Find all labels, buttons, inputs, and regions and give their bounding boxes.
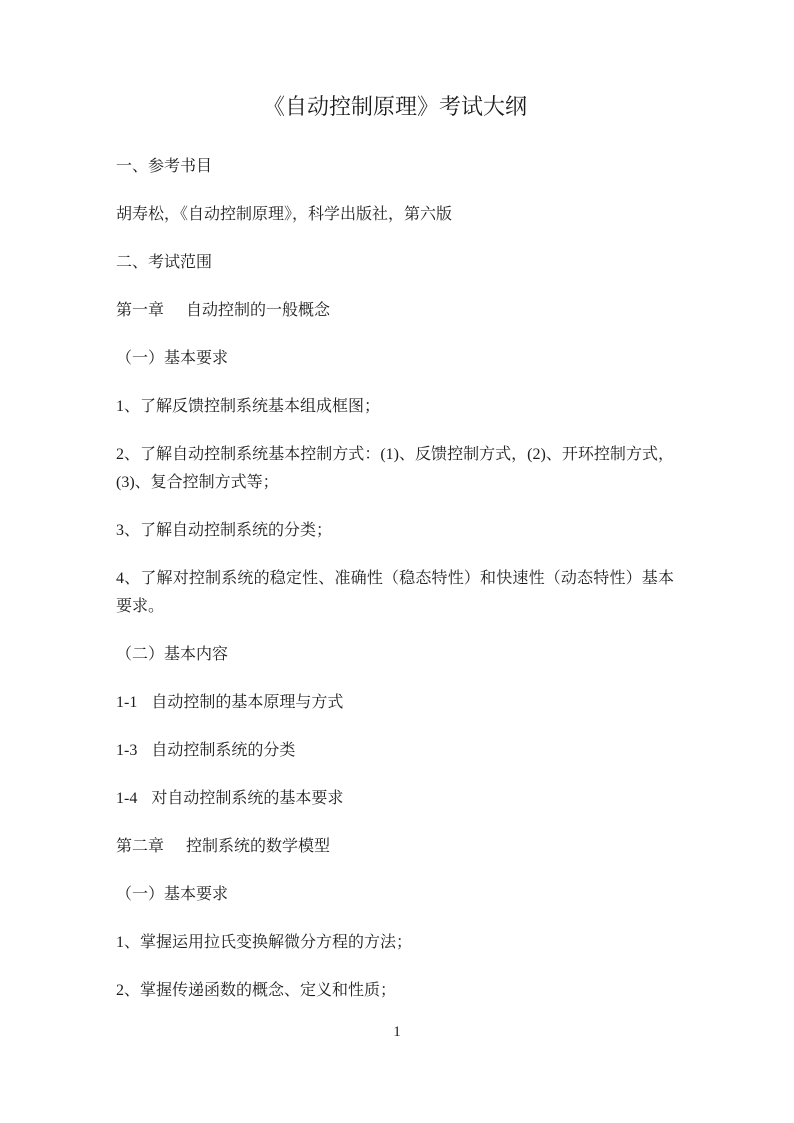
- content-item-1-3-text: 自动控制系统的分类: [151, 742, 295, 759]
- content-item-1-3: 1-3自动控制系统的分类: [116, 737, 674, 765]
- section-heading-exam-scope: 二、考试范围: [116, 249, 674, 277]
- requirement-item-ch2-1: 1、掌握运用拉氏变换解微分方程的方法；: [116, 929, 674, 957]
- requirement-item-ch1-2: 2、了解自动控制系统基本控制方式：(1)、反馈控制方式，(2)、开环控制方式，(…: [116, 441, 674, 497]
- document-page: 《自动控制原理》考试大纲 一、参考书目 胡寿松，《自动控制原理》，科学出版社，第…: [0, 0, 794, 1123]
- chapter-2-number: 第二章: [116, 833, 164, 861]
- requirement-item-ch2-2: 2、掌握传递函数的概念、定义和性质；: [116, 977, 674, 1005]
- requirement-item-ch1-1: 1、了解反馈控制系统基本组成框图；: [116, 393, 674, 421]
- subheading-basic-content-ch1: （二）基本内容: [116, 641, 674, 669]
- content-item-1-1-text: 自动控制的基本原理与方式: [151, 694, 343, 711]
- chapter-2-title: 控制系统的数学模型: [186, 838, 330, 855]
- page-number: 1: [0, 1022, 794, 1042]
- subheading-basic-requirements-ch1: （一）基本要求: [116, 345, 674, 373]
- content-item-1-4: 1-4对自动控制系统的基本要求: [116, 785, 674, 813]
- content-item-1-3-number: 1-3: [116, 737, 137, 765]
- content-item-1-4-text: 对自动控制系统的基本要求: [151, 790, 343, 807]
- content-item-1-1-number: 1-1: [116, 689, 137, 717]
- content-item-1-1: 1-1自动控制的基本原理与方式: [116, 689, 674, 717]
- requirement-item-ch1-3: 3、了解自动控制系统的分类；: [116, 517, 674, 545]
- subheading-basic-requirements-ch2: （一）基本要求: [116, 881, 674, 909]
- requirement-item-ch1-4: 4、了解对控制系统的稳定性、准确性（稳态特性）和快速性（动态特性）基本要求。: [116, 565, 674, 621]
- chapter-1-number: 第一章: [116, 297, 164, 325]
- chapter-1-title: 自动控制的一般概念: [186, 302, 330, 319]
- content-item-1-4-number: 1-4: [116, 785, 137, 813]
- section-heading-reference-books: 一、参考书目: [116, 153, 674, 181]
- chapter-heading-2: 第二章控制系统的数学模型: [116, 833, 674, 861]
- document-title: 《自动控制原理》考试大纲: [116, 90, 674, 123]
- paragraph-reference-book: 胡寿松，《自动控制原理》，科学出版社，第六版: [116, 201, 674, 229]
- chapter-heading-1: 第一章自动控制的一般概念: [116, 297, 674, 325]
